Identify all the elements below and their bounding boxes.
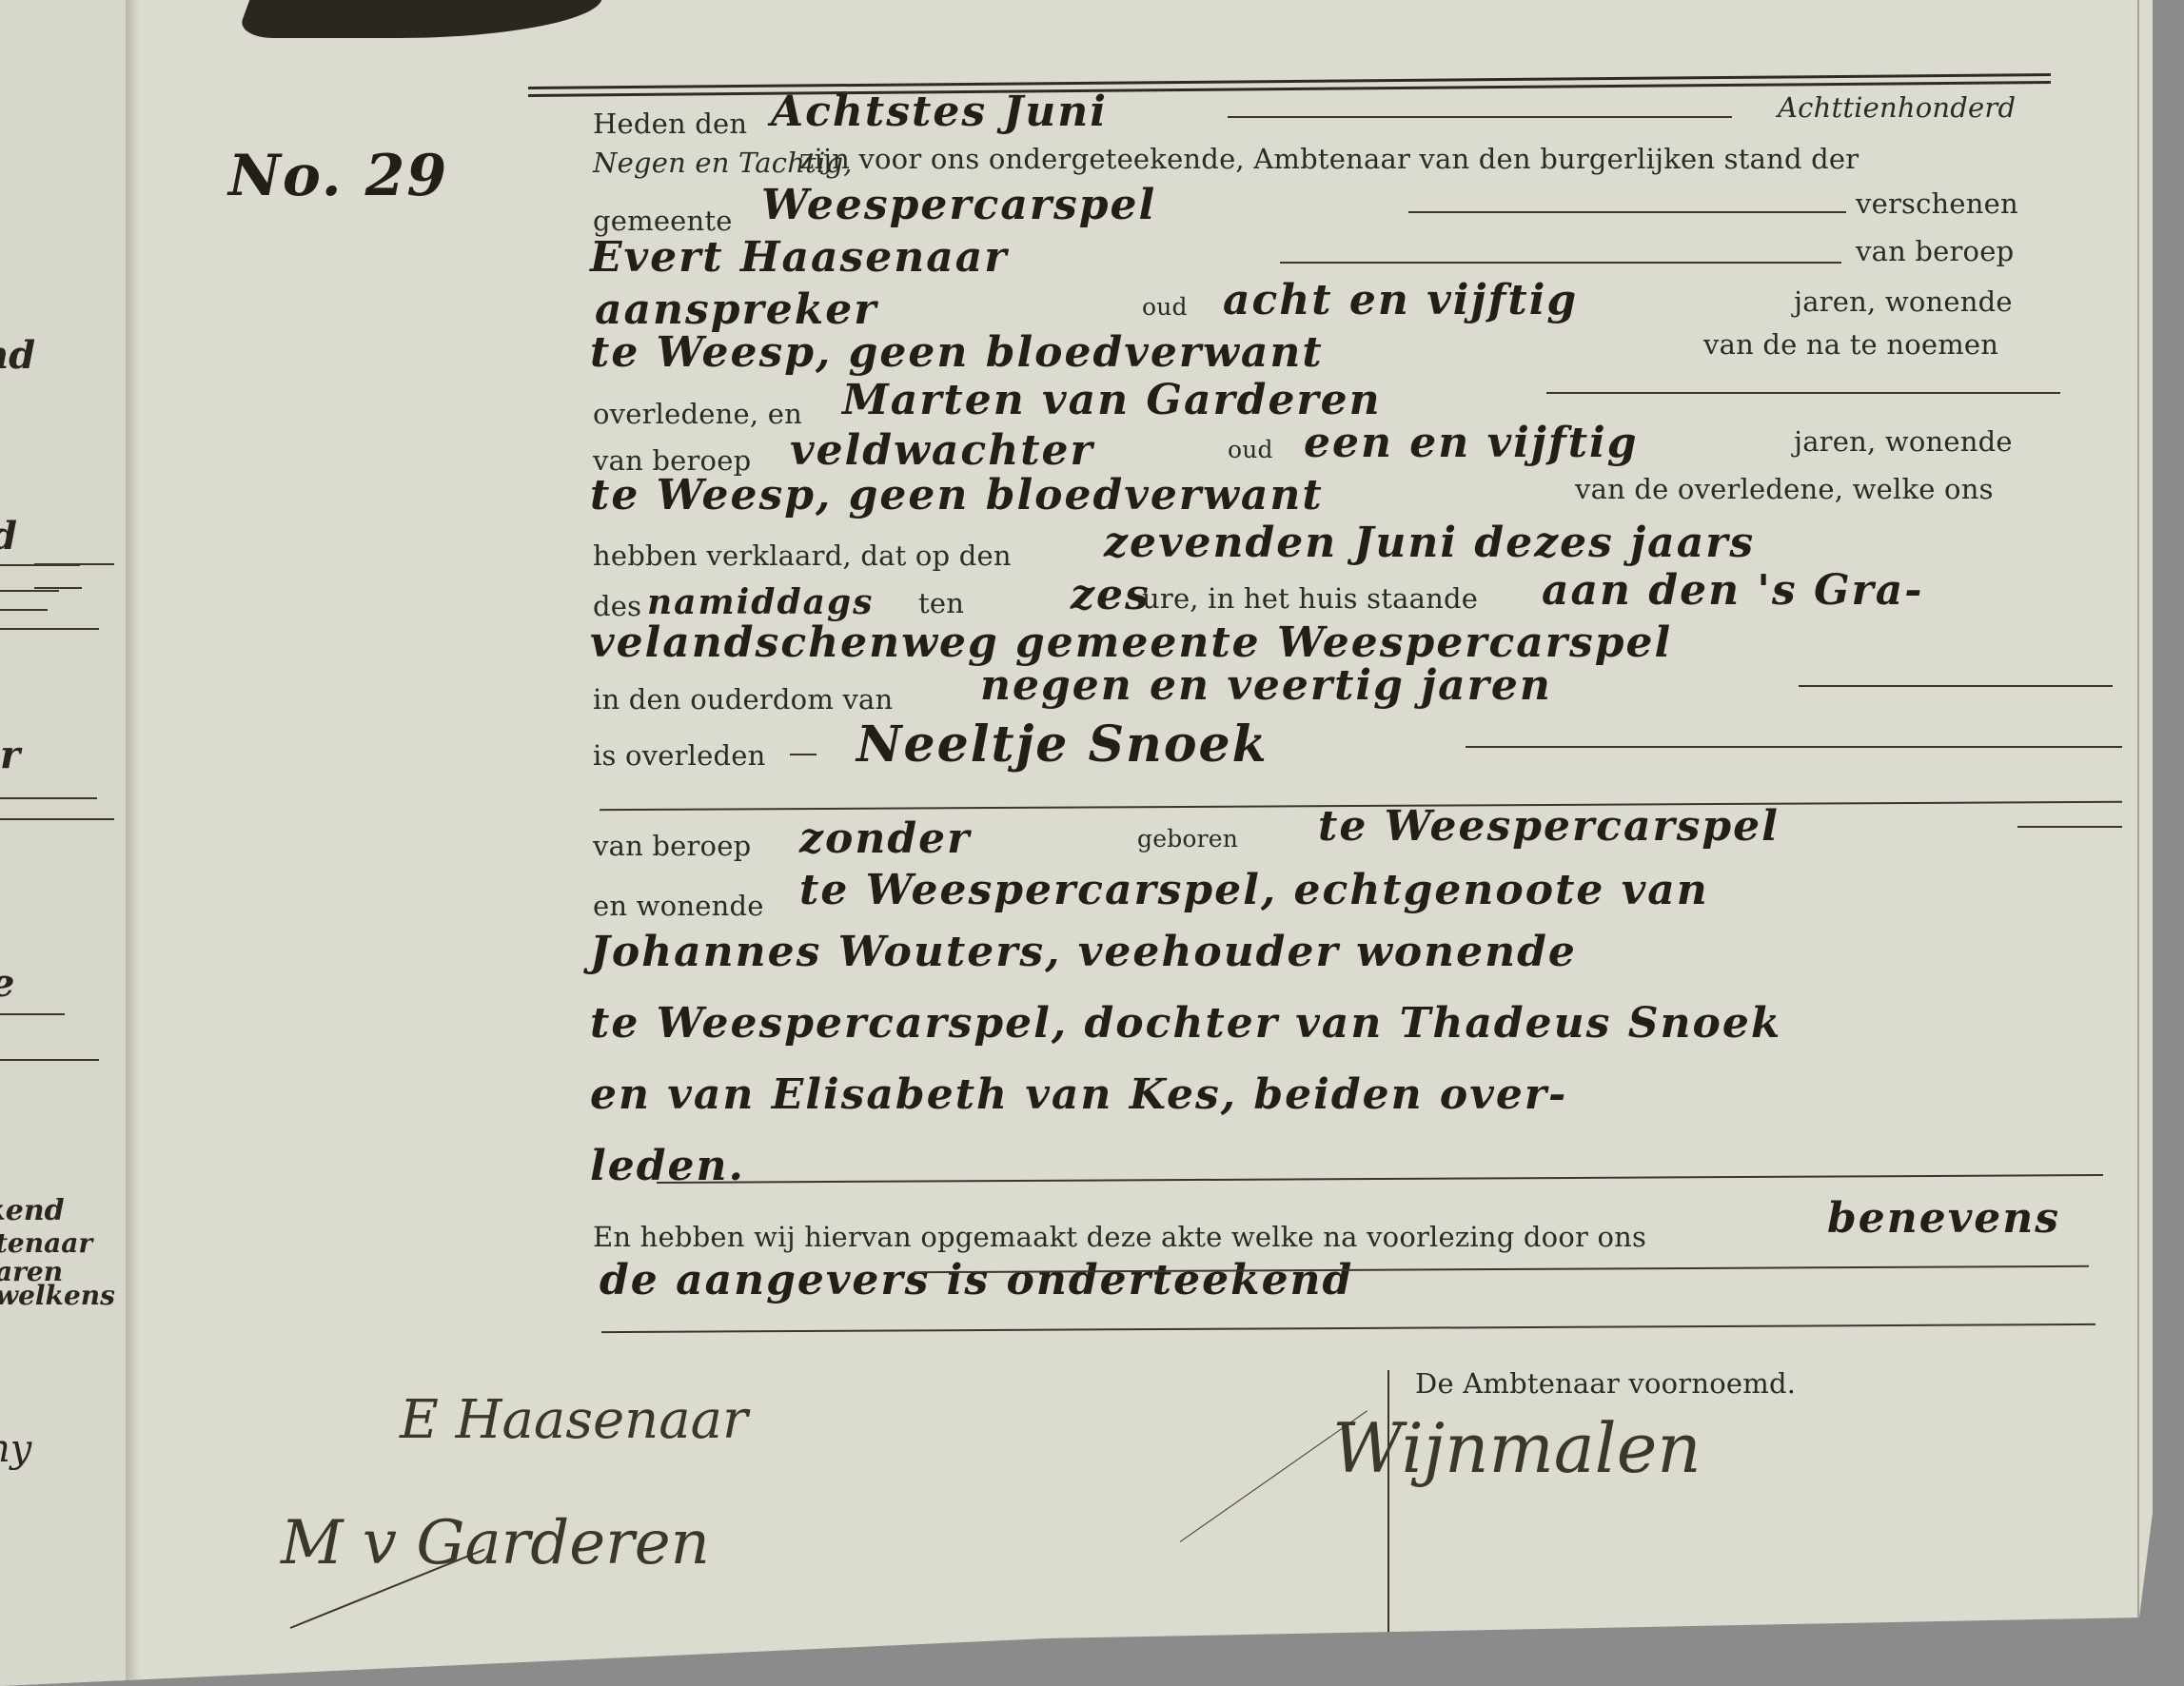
fill-rule [1408,211,1846,213]
handwritten-date: Achtstes Juni [771,88,1108,136]
left-rule [0,628,99,630]
signature-declarant-1: E Haasenaar [400,1389,748,1451]
left-rule [34,587,82,589]
printed-text: ten [918,587,964,619]
printed-text: zijn voor ons ondergeteekende, Ambtenaar… [799,143,1859,175]
page-edge [2137,0,2145,1617]
printed-text: en wonende [593,890,764,922]
handwritten-text: benevens [1827,1194,2060,1243]
handwritten-residence: te Weesp, geen bloedverwant [590,328,1324,377]
handwritten-occupation: aanspreker [595,285,877,334]
handwritten-occupation: veldwachter [790,426,1094,475]
printed-text: van de overledene, welke ons [1575,473,1994,505]
handwritten-spouse: Johannes Wouters, veehouder wonende [590,928,1577,976]
handwritten-date: zevenden Juni dezes jaars [1104,519,1755,567]
fill-rule [1546,392,2060,394]
printed-text: oud [1142,293,1188,321]
printed-text: van beroep [593,830,751,862]
left-rule [0,1013,65,1015]
left-rule [0,590,59,592]
printed-text: van de na te noemen [1703,328,1998,361]
fill-rule [1799,685,2113,687]
handwritten-age: acht en vijftig [1223,276,1578,324]
printed-text: van beroep [1856,235,2014,267]
printed-text: Heden den [593,108,747,140]
handwritten-deceased-name: Neeltje Snoek [856,716,1269,774]
printed-text: Achttienhonderd [1778,91,2016,124]
handwritten-parents: en van Elisabeth van Kes, beiden over- [590,1070,1567,1119]
left-fragment: welkens [0,1280,115,1311]
printed-text: En hebben wij hiervan opgemaakt deze akt… [593,1221,1646,1253]
left-rule [0,797,97,799]
handwritten-residence: te Weesp, geen bloedverwant [590,471,1324,520]
handwritten-name: Evert Haasenaar [590,233,1008,282]
printed-text: hebben verklaard, dat op den [593,539,1012,572]
printed-text: overledene, en [593,398,802,430]
book-gutter [126,0,139,1686]
fill-rule [1466,746,2122,748]
handwritten-age: negen en veertig jaren [980,661,1552,710]
handwritten-municipality: Weespercarspel [761,181,1156,229]
left-fragment: tenaar [0,1227,92,1259]
handwritten-hour: zes [1071,571,1151,619]
handwritten-address: velandschenweg gemeente Weespercarspel [590,618,1672,667]
signature-declarant-2: M v Garderen [281,1508,710,1578]
ink-blot [236,0,602,38]
handwritten-name: Marten van Garderen [842,376,1382,424]
fill-rule [601,1323,2095,1333]
handwritten-time-of-day: namiddags [647,582,874,622]
printed-text: gemeente [593,205,733,237]
printed-text: in den ouderdom van [593,683,893,716]
handwritten-address: aan den 's Gra- [1542,566,1924,615]
left-rule [0,818,114,820]
printed-text: jaren, wonende [1794,285,2013,318]
handwritten-residence: te Weespercarspel, echtgenoote van [799,866,1709,914]
previous-page-edge: nd d r e kend tenaar aren welkens ny [0,0,128,1686]
left-rule [34,563,114,565]
left-fragment: d [0,514,17,559]
left-fragment: ny [0,1427,31,1471]
printed-text: oud [1228,436,1273,463]
printed-text: des [593,590,641,622]
handwritten-birthplace: te Weespercarspel [1318,802,1780,851]
handwritten-age: een en vijftig [1304,419,1639,467]
left-fragment: e [0,961,14,1006]
left-rule [0,609,48,611]
printed-text: geboren [1137,825,1238,853]
fill-rule [790,754,817,755]
left-rule [0,1059,99,1061]
fill-rule [1228,116,1732,118]
record-number: No. 29 [228,143,448,209]
left-fragment: r [0,733,20,777]
fill-rule [1280,262,1841,264]
printed-text: jaren, wonende [1794,425,2013,458]
left-fragment: nd [0,333,35,378]
left-fragment: kend [0,1194,65,1227]
handwritten-occupation: zonder [799,814,971,863]
official-label: De Ambtenaar voornoemd. [1415,1367,1796,1400]
fill-rule [657,1174,2103,1184]
handwritten-parents: te Weespercarspel, dochter van Thadeus S… [590,999,1781,1048]
printed-text: verschenen [1856,187,2018,220]
printed-text: ure, in het huis staande [1142,582,1478,615]
handwritten-text: de aangevers is onderteekend [600,1256,1353,1304]
signature-official: Wijnmalen [1332,1408,1702,1488]
printed-text: is overleden [593,739,765,772]
register-page: nd d r e kend tenaar aren welkens ny No.… [0,0,2153,1686]
fill-rule [2017,826,2122,828]
